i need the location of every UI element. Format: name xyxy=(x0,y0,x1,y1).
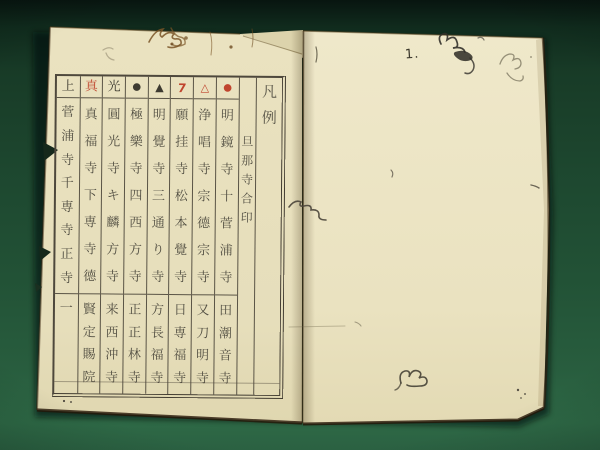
calligraphy-char: 菅 xyxy=(61,106,74,119)
temple-names-lower: 又刀明寺 xyxy=(191,294,214,394)
calligraphy-char: 本 xyxy=(174,217,187,230)
calligraphy-char: キ xyxy=(107,189,120,202)
temple-names-upper: 圓光寺キ麟方寺 xyxy=(101,98,124,293)
kanji-kami-mark: 上 xyxy=(62,80,75,93)
calligraphy-char: 寺 xyxy=(60,272,73,285)
temple-column: 真真福寺下専寺德賢定賜院 xyxy=(77,76,102,393)
calligraphy-char: 樂 xyxy=(130,136,143,149)
calligraphy-char: 定 xyxy=(83,326,96,339)
calligraphy-char: 寺 xyxy=(61,154,74,167)
calligraphy-char: 四 xyxy=(129,190,142,203)
calligraphy-char: 下 xyxy=(84,189,97,202)
calligraphy-char: 長 xyxy=(151,326,164,339)
calligraphy-char: 潮 xyxy=(219,327,232,340)
calligraphy-char: 松 xyxy=(175,190,188,203)
temple-column: 光圓光寺キ麟方寺来西沖寺 xyxy=(100,76,125,393)
calligraphy-char: 印 xyxy=(241,212,253,224)
kanji-hikari-mark: 光 xyxy=(108,80,121,93)
calligraphy-char: 又 xyxy=(196,304,209,317)
calligraphy-char: 賢 xyxy=(83,303,96,316)
calligraphy-char: 寺 xyxy=(106,270,119,283)
calligraphy-char: り xyxy=(152,244,165,257)
temple-names-lower: 正正林寺 xyxy=(123,294,146,394)
calligraphy-char: 寺 xyxy=(241,174,253,186)
temple-column: ●極樂寺四西方寺正正林寺 xyxy=(122,77,147,394)
calligraphy-char: 旦 xyxy=(241,136,253,148)
temple-names-lower: 来西沖寺 xyxy=(101,293,124,393)
calligraphy-char: 覺 xyxy=(174,244,187,257)
black-circle-icon: ● xyxy=(132,82,141,92)
calligraphy-char: 鏡 xyxy=(221,136,234,149)
red-triangle-icon: △ xyxy=(201,82,210,93)
calligraphy-char: 合 xyxy=(241,193,253,205)
temple-names-lower: 日専福寺 xyxy=(169,294,192,394)
symbol-cell: ● xyxy=(217,77,239,99)
temple-names-upper: 浄唱寺宗德宗寺 xyxy=(192,99,215,294)
temple-names-upper: 極樂寺四西方寺 xyxy=(124,99,147,294)
calligraphy-char: 一 xyxy=(60,302,73,315)
calligraphy-char: 正 xyxy=(60,248,73,261)
calligraphy-char: 寺 xyxy=(152,163,165,176)
calligraphy-char: 宗 xyxy=(197,190,210,203)
calligraphy-char: 浄 xyxy=(198,109,211,122)
symbol-cell: 上 xyxy=(57,76,80,98)
column-heading: 旦那寺合印 xyxy=(241,136,254,224)
temple-names-upper: 明鏡寺十菅浦寺 xyxy=(215,99,238,294)
temple-names-upper: 菅浦寺千専寺正寺 xyxy=(55,98,79,293)
temple-names-upper: 願挂寺松本覺寺 xyxy=(170,99,193,294)
fold-line xyxy=(303,31,304,423)
calligraphy-char: 十 xyxy=(220,190,233,203)
calligraphy-char: 寺 xyxy=(219,373,232,386)
calligraphy-char: 千 xyxy=(61,177,74,190)
calligraphy-char: 田 xyxy=(219,304,232,317)
temple-column: ●明鏡寺十菅浦寺田潮音寺 xyxy=(213,77,238,394)
black-triangle-icon: ▲ xyxy=(155,82,164,93)
calligraphy-char: 沖 xyxy=(105,349,118,362)
calligraphy-char: 賜 xyxy=(82,349,95,362)
calligraphy-char: 院 xyxy=(82,371,95,384)
calligraphy-char: 寺 xyxy=(84,162,97,175)
legend-table: 凡例旦那寺合印●明鏡寺十菅浦寺田潮音寺△浄唱寺宗德宗寺又刀明寺7願挂寺松本覺寺日… xyxy=(52,74,286,399)
calligraphy-char: 凡 xyxy=(262,85,277,100)
calligraphy-char: 那 xyxy=(241,155,253,167)
calligraphy-char: 西 xyxy=(105,326,118,339)
calligraphy-char: 麟 xyxy=(106,216,119,229)
symbol-cell: ▲ xyxy=(149,77,171,99)
calligraphy-char: 德 xyxy=(197,217,210,230)
calligraphy-char: 来 xyxy=(106,303,119,316)
calligraphy-char: 方 xyxy=(106,243,119,256)
temple-names-lower: 方長福寺 xyxy=(146,294,169,394)
calligraphy-char: 正 xyxy=(128,304,141,317)
legend-title: 凡例 xyxy=(262,85,277,126)
page-number-mark: 1. xyxy=(404,47,419,63)
calligraphy-char: 挂 xyxy=(175,136,188,149)
calligraphy-char: 刀 xyxy=(196,327,209,340)
symbol-cell: 真 xyxy=(80,76,102,98)
symbol-cell: △ xyxy=(194,77,216,99)
calligraphy-char: 浦 xyxy=(220,244,233,257)
symbol-cell: 光 xyxy=(103,76,125,98)
calligraphy-char: 寺 xyxy=(198,163,211,176)
calligraphy-char: 願 xyxy=(175,109,188,122)
calligraphy-char: 明 xyxy=(196,350,209,363)
calligraphy-char: 寺 xyxy=(151,271,164,284)
calligraphy-char: 専 xyxy=(61,201,74,214)
calligraphy-char: 寺 xyxy=(107,162,120,175)
calligraphy-char: 方 xyxy=(151,304,164,317)
calligraphy-char: 圓 xyxy=(107,108,120,121)
calligraphy-char: 寺 xyxy=(129,271,142,284)
calligraphy-char: 寺 xyxy=(174,271,187,284)
calligraphy-char: 寺 xyxy=(196,372,209,385)
calligraphy-char: 宗 xyxy=(197,244,210,257)
calligraphy-char: 寺 xyxy=(83,243,96,256)
calligraphy-char: 寺 xyxy=(150,372,163,385)
calligraphy-char: 浦 xyxy=(61,130,74,143)
calligraphy-char: 寺 xyxy=(175,163,188,176)
temple-column: 7願挂寺松本覺寺日専福寺 xyxy=(168,77,193,394)
temple-names-lower: 一 xyxy=(54,293,78,393)
calligraphy-char: 菅 xyxy=(220,217,233,230)
calligraphy-char: 極 xyxy=(130,109,143,122)
calligraphy-char: 音 xyxy=(219,350,232,363)
calligraphy-char: 福 xyxy=(84,135,97,148)
calligraphy-char: 例 xyxy=(262,111,277,126)
calligraphy-char: 寺 xyxy=(128,372,141,385)
calligraphy-char: 光 xyxy=(107,135,120,148)
temple-names-upper: 明覺寺三通り寺 xyxy=(147,99,170,294)
temple-names-upper: 真福寺下専寺德 xyxy=(79,98,102,293)
calligraphy-char: 寺 xyxy=(219,271,232,284)
calligraphy-char: 専 xyxy=(84,216,97,229)
calligraphy-char: 德 xyxy=(83,270,96,283)
temple-names-lower: 賢定賜院 xyxy=(78,293,101,393)
red-circle-icon: ● xyxy=(223,83,232,93)
calligraphy-char: 西 xyxy=(129,217,142,230)
calligraphy-char: 寺 xyxy=(60,224,73,237)
red-hook-icon: 7 xyxy=(177,82,187,94)
calligraphy-char: 福 xyxy=(151,349,164,362)
calligraphy-char: 明 xyxy=(153,109,166,122)
calligraphy-char: 正 xyxy=(128,326,141,339)
calligraphy-char: 唱 xyxy=(198,136,211,149)
photo-stage: 凡例旦那寺合印●明鏡寺十菅浦寺田潮音寺△浄唱寺宗德宗寺又刀明寺7願挂寺松本覺寺日… xyxy=(0,0,600,450)
kanji-shin-mark: 真 xyxy=(85,80,98,93)
temple-column: 上菅浦寺千専寺正寺一 xyxy=(54,76,79,393)
calligraphy-char: 福 xyxy=(173,349,186,362)
calligraphy-char: 専 xyxy=(173,327,186,340)
temple-column: ▲明覺寺三通り寺方長福寺 xyxy=(145,77,170,394)
calligraphy-char: 明 xyxy=(221,109,234,122)
legend-title-column: 凡例 xyxy=(254,78,282,395)
calligraphy-char: 寺 xyxy=(197,271,210,284)
calligraphy-char: 寺 xyxy=(220,163,233,176)
temple-column: △浄唱寺宗德宗寺又刀明寺 xyxy=(190,77,215,394)
calligraphy-char: 覺 xyxy=(152,136,165,149)
calligraphy-char: 真 xyxy=(85,108,98,121)
calligraphy-char: 通 xyxy=(152,217,165,230)
calligraphy-char: 寺 xyxy=(105,372,118,385)
calligraphy-char: 方 xyxy=(129,244,142,257)
temple-names-lower: 田潮音寺 xyxy=(214,294,237,394)
calligraphy-char: 三 xyxy=(152,190,165,203)
calligraphy-char: 寺 xyxy=(173,372,186,385)
calligraphy-char: 林 xyxy=(128,349,141,362)
right-page xyxy=(303,31,549,424)
calligraphy-char: 日 xyxy=(174,304,187,317)
symbol-cell: 7 xyxy=(171,77,193,99)
symbol-cell: ● xyxy=(126,77,148,99)
calligraphy-char: 寺 xyxy=(130,163,143,176)
